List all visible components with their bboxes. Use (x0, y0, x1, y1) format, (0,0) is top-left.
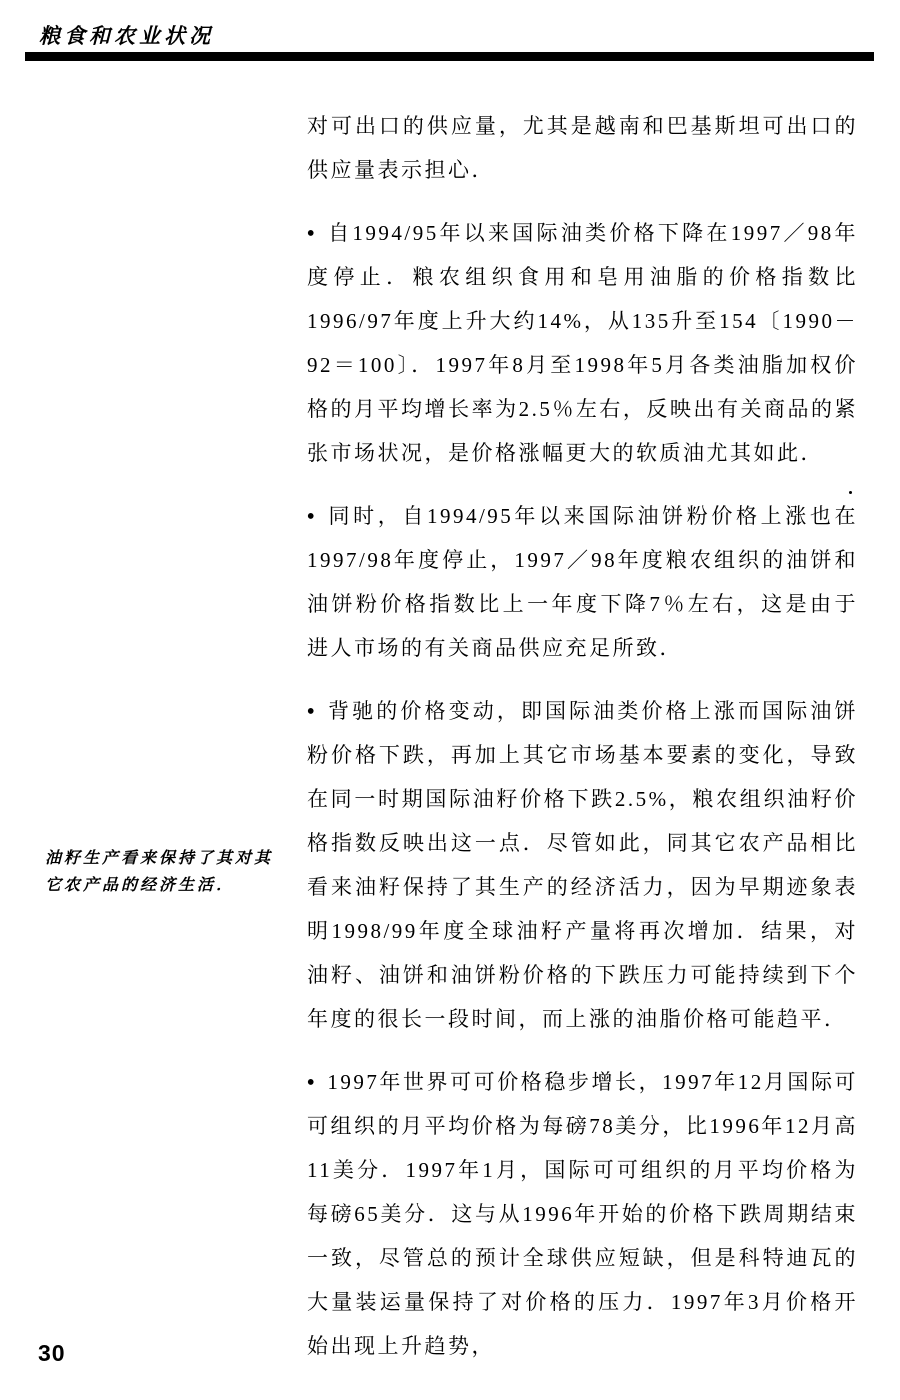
margin-note: 油籽生产看来保持了其对其它农产品的经济生活． (45, 845, 289, 899)
bullet-paragraph-oilmeal-prices: •同时，自1994/95年以来国际油饼粉价格上涨也在1997/98年度停止，19… (307, 494, 858, 670)
bullet-icon: • (306, 686, 314, 737)
body-text-column: 对可出口的供应量，尤其是越南和巴基斯坦可出口的供应量表示担心． •自1994/9… (307, 104, 858, 1387)
bullet-paragraph-oil-prices: •自1994/95年以来国际油类价格下降在1997／98年度停止．粮农组织食用和… (307, 211, 858, 475)
paragraph-text: 同时，自1994/95年以来国际油饼粉价格上涨也在1997/98年度停止，199… (307, 504, 858, 660)
bullet-paragraph-divergent-prices: •背驰的价格变动，即国际油类价格上涨而国际油饼粉价格下跌，再加上其它市场基本要素… (307, 689, 858, 1041)
bullet-icon: • (306, 208, 314, 259)
page-number: 30 (38, 1340, 66, 1367)
paragraph-text: 对可出口的供应量，尤其是越南和巴基斯坦可出口的供应量表示担心． (307, 114, 858, 182)
bullet-icon: • (306, 491, 314, 542)
running-header-title: 粮食和农业状况 (39, 20, 214, 50)
bullet-icon: • (306, 1057, 314, 1108)
document-page: 粮食和农业状况 油籽生产看来保持了其对其它农产品的经济生活． 对可出口的供应量，… (0, 0, 900, 1400)
scan-speck (849, 491, 852, 494)
paragraph-export-concern: 对可出口的供应量，尤其是越南和巴基斯坦可出口的供应量表示担心． (307, 104, 858, 192)
paragraph-text: 自1994/95年以来国际油类价格下降在1997／98年度停止．粮农组织食用和皂… (307, 221, 858, 465)
bullet-paragraph-cocoa-prices: •1997年世界可可价格稳步增长，1997年12月国际可可组织的月平均价格为每磅… (307, 1060, 858, 1368)
paragraph-text: 1997年世界可可价格稳步增长，1997年12月国际可可组织的月平均价格为每磅7… (307, 1070, 858, 1358)
header-rule (25, 52, 874, 61)
paragraph-text: 背驰的价格变动，即国际油类价格上涨而国际油饼粉价格下跌，再加上其它市场基本要素的… (307, 699, 858, 1031)
